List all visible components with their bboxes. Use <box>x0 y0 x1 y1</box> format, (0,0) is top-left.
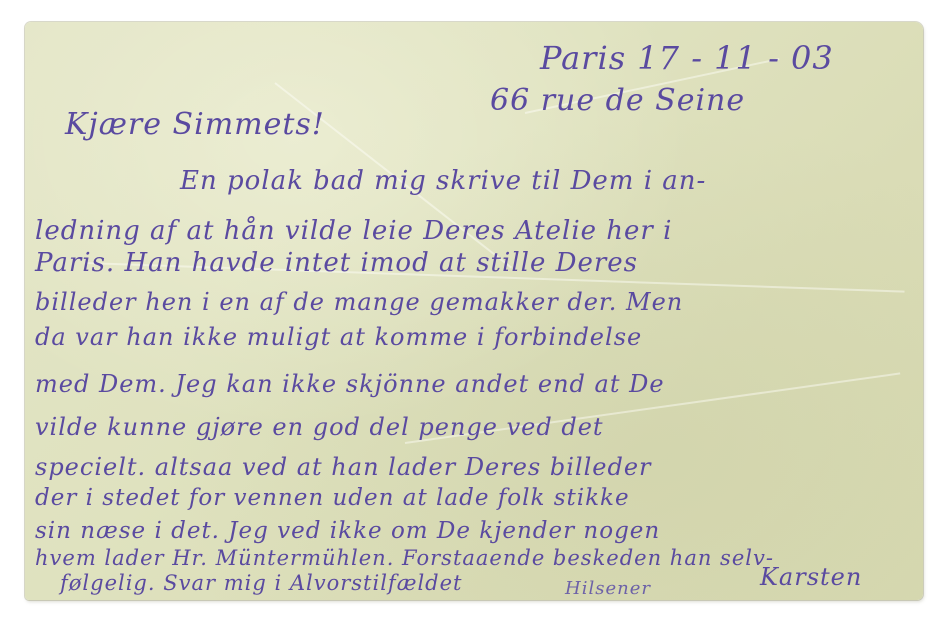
body-line-1: En polak bad mig skrive til Dem i an- <box>180 168 706 194</box>
body-line-4: billeder hen i en af de mange gemakker d… <box>35 290 683 314</box>
body-line-12: følgelig. Svar mig i Alvorstilfældet <box>60 573 462 594</box>
body-line-9: der i stedet for vennen uden at lade fol… <box>35 487 630 510</box>
closing-greeting: Hilsener <box>565 580 651 598</box>
body-line-10: sin næse i det. Jeg ved ikke om De kjend… <box>35 520 660 543</box>
body-line-6: med Dem. Jeg kan ikke skjönne andet end … <box>35 372 665 396</box>
body-line-2: ledning af at hån vilde leie Deres Ateli… <box>35 218 672 244</box>
salutation: Kjære Simmets! <box>65 110 325 140</box>
body-line-3: Paris. Han havde intet imod at stille De… <box>35 250 638 276</box>
signature: Karsten <box>760 565 862 589</box>
body-line-5: da var han ikke muligt at komme i forbin… <box>35 325 642 349</box>
body-line-7: vilde kunne gjøre en god del penge ved d… <box>35 415 604 439</box>
body-line-11: hvem lader Hr. Müntermühlen. Forstaaende… <box>35 548 774 569</box>
sender-address: 66 rue de Seine <box>490 86 745 116</box>
place-date: Paris 17 - 11 - 03 <box>540 42 834 74</box>
body-line-8: specielt. altsaa ved at han lader Deres … <box>35 455 652 479</box>
